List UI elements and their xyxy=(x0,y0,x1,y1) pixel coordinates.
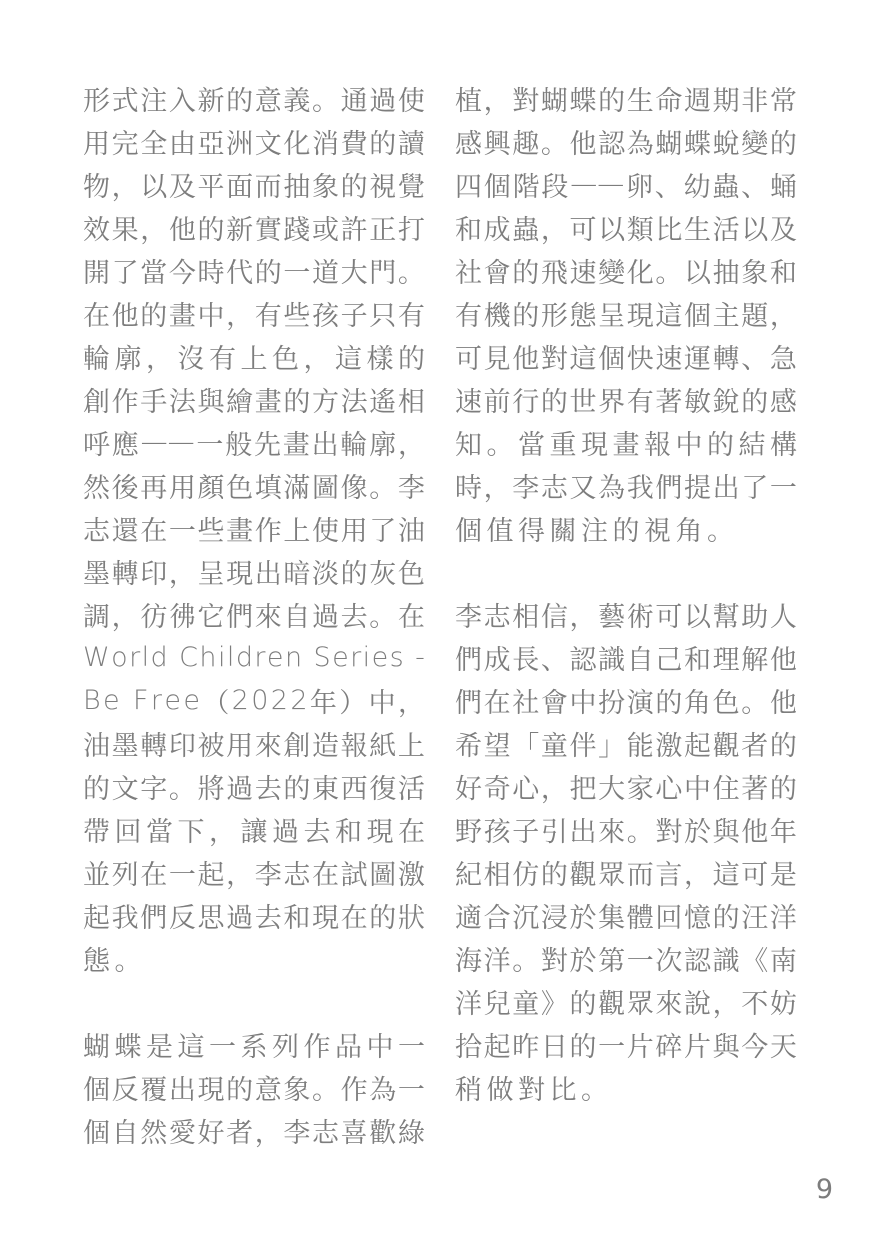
document-page: 形式注入新的意義。通過使用完全由亞洲文化消費的讀物，以及平面而抽象的視覺效果，他… xyxy=(0,0,874,1240)
text-line: 起我們反思過去和現在的狀 xyxy=(83,894,425,937)
paragraph: 植，對蝴蝶的生命週期非常感興趣。他認為蝴蝶蛻變的四個階段——卵、幼蟲、蛹和成蟲，… xyxy=(455,77,797,550)
text-line: 的文字。將過去的東西復活 xyxy=(83,765,425,808)
text-line: 物，以及平面而抽象的視覺 xyxy=(83,163,425,206)
text-line: 稍做對比。 xyxy=(455,1066,797,1109)
text-line: 和成蟲，可以類比生活以及 xyxy=(455,206,797,249)
page-number: 9 xyxy=(816,1172,833,1206)
text-line: World Children Series - xyxy=(83,636,425,679)
text-line: 可見他對這個快速運轉、急 xyxy=(455,335,797,378)
text-line: 時，李志又為我們提出了一 xyxy=(455,464,797,507)
text-line: 開了當今時代的一道大門。 xyxy=(83,249,425,292)
text-line: 效果，他的新實踐或許正打 xyxy=(83,206,425,249)
text-line: 們成長、認識自己和理解他 xyxy=(455,636,797,679)
text-line: 洋兒童》的觀眾來說，不妨 xyxy=(455,980,797,1023)
text-line: 社會的飛速變化。以抽象和 xyxy=(455,249,797,292)
text-line: 創作手法與繪畫的方法遙相 xyxy=(83,378,425,421)
text-line: 並列在一起，李志在試圖激 xyxy=(83,851,425,894)
text-column-left: 形式注入新的意義。通過使用完全由亞洲文化消費的讀物，以及平面而抽象的視覺效果，他… xyxy=(83,77,425,1152)
text-line: 帶回當下，讓過去和現在 xyxy=(83,808,425,851)
text-line: 然後再用顏色填滿圖像。李 xyxy=(83,464,425,507)
text-column-right: 植，對蝴蝶的生命週期非常感興趣。他認為蝴蝶蛻變的四個階段——卵、幼蟲、蛹和成蟲，… xyxy=(455,77,797,1109)
text-line: 蝴蝶是這一系列作品中一 xyxy=(83,1023,425,1066)
text-line: 李志相信，藝術可以幫助人 xyxy=(455,593,797,636)
text-line: 速前行的世界有著敏銳的感 xyxy=(455,378,797,421)
text-line: 們在社會中扮演的角色。他 xyxy=(455,679,797,722)
text-line: 輪廓，沒有上色，這樣的 xyxy=(83,335,425,378)
text-line: 感興趣。他認為蝴蝶蛻變的 xyxy=(455,120,797,163)
text-line: 四個階段——卵、幼蟲、蛹 xyxy=(455,163,797,206)
text-line: 有機的形態呈現這個主題， xyxy=(455,292,797,335)
text-line: 墨轉印，呈現出暗淡的灰色 xyxy=(83,550,425,593)
text-line: 個自然愛好者，李志喜歡綠 xyxy=(83,1109,425,1152)
paragraph: 形式注入新的意義。通過使用完全由亞洲文化消費的讀物，以及平面而抽象的視覺效果，他… xyxy=(83,77,425,980)
text-line: 形式注入新的意義。通過使 xyxy=(83,77,425,120)
text-line: 知。當重現畫報中的結構 xyxy=(455,421,797,464)
text-line: 希望「童伴」能激起觀者的 xyxy=(455,722,797,765)
text-line: 個值得關注的視角。 xyxy=(455,507,797,550)
paragraph: 蝴蝶是這一系列作品中一個反覆出現的意象。作為一個自然愛好者，李志喜歡綠 xyxy=(83,1023,425,1152)
text-line: 態。 xyxy=(83,937,425,980)
text-line: 用完全由亞洲文化消費的讀 xyxy=(83,120,425,163)
text-line: 個反覆出現的意象。作為一 xyxy=(83,1066,425,1109)
text-line: 適合沉浸於集體回憶的汪洋 xyxy=(455,894,797,937)
text-line: 油墨轉印被用來創造報紙上 xyxy=(83,722,425,765)
text-line: 調，彷彿它們來自過去。在 xyxy=(83,593,425,636)
paragraph: 李志相信，藝術可以幫助人們成長、認識自己和理解他們在社會中扮演的角色。他希望「童… xyxy=(455,593,797,1109)
text-line: Be Free（2022年）中， xyxy=(83,679,425,722)
text-line: 紀相仿的觀眾而言，這可是 xyxy=(455,851,797,894)
text-line: 野孩子引出來。對於與他年 xyxy=(455,808,797,851)
text-line: 好奇心，把大家心中住著的 xyxy=(455,765,797,808)
text-line: 志還在一些畫作上使用了油 xyxy=(83,507,425,550)
text-line: 在他的畫中，有些孩子只有 xyxy=(83,292,425,335)
text-line: 植，對蝴蝶的生命週期非常 xyxy=(455,77,797,120)
text-line: 海洋。對於第一次認識《南 xyxy=(455,937,797,980)
text-line: 拾起昨日的一片碎片與今天 xyxy=(455,1023,797,1066)
text-line: 呼應——一般先畫出輪廓， xyxy=(83,421,425,464)
